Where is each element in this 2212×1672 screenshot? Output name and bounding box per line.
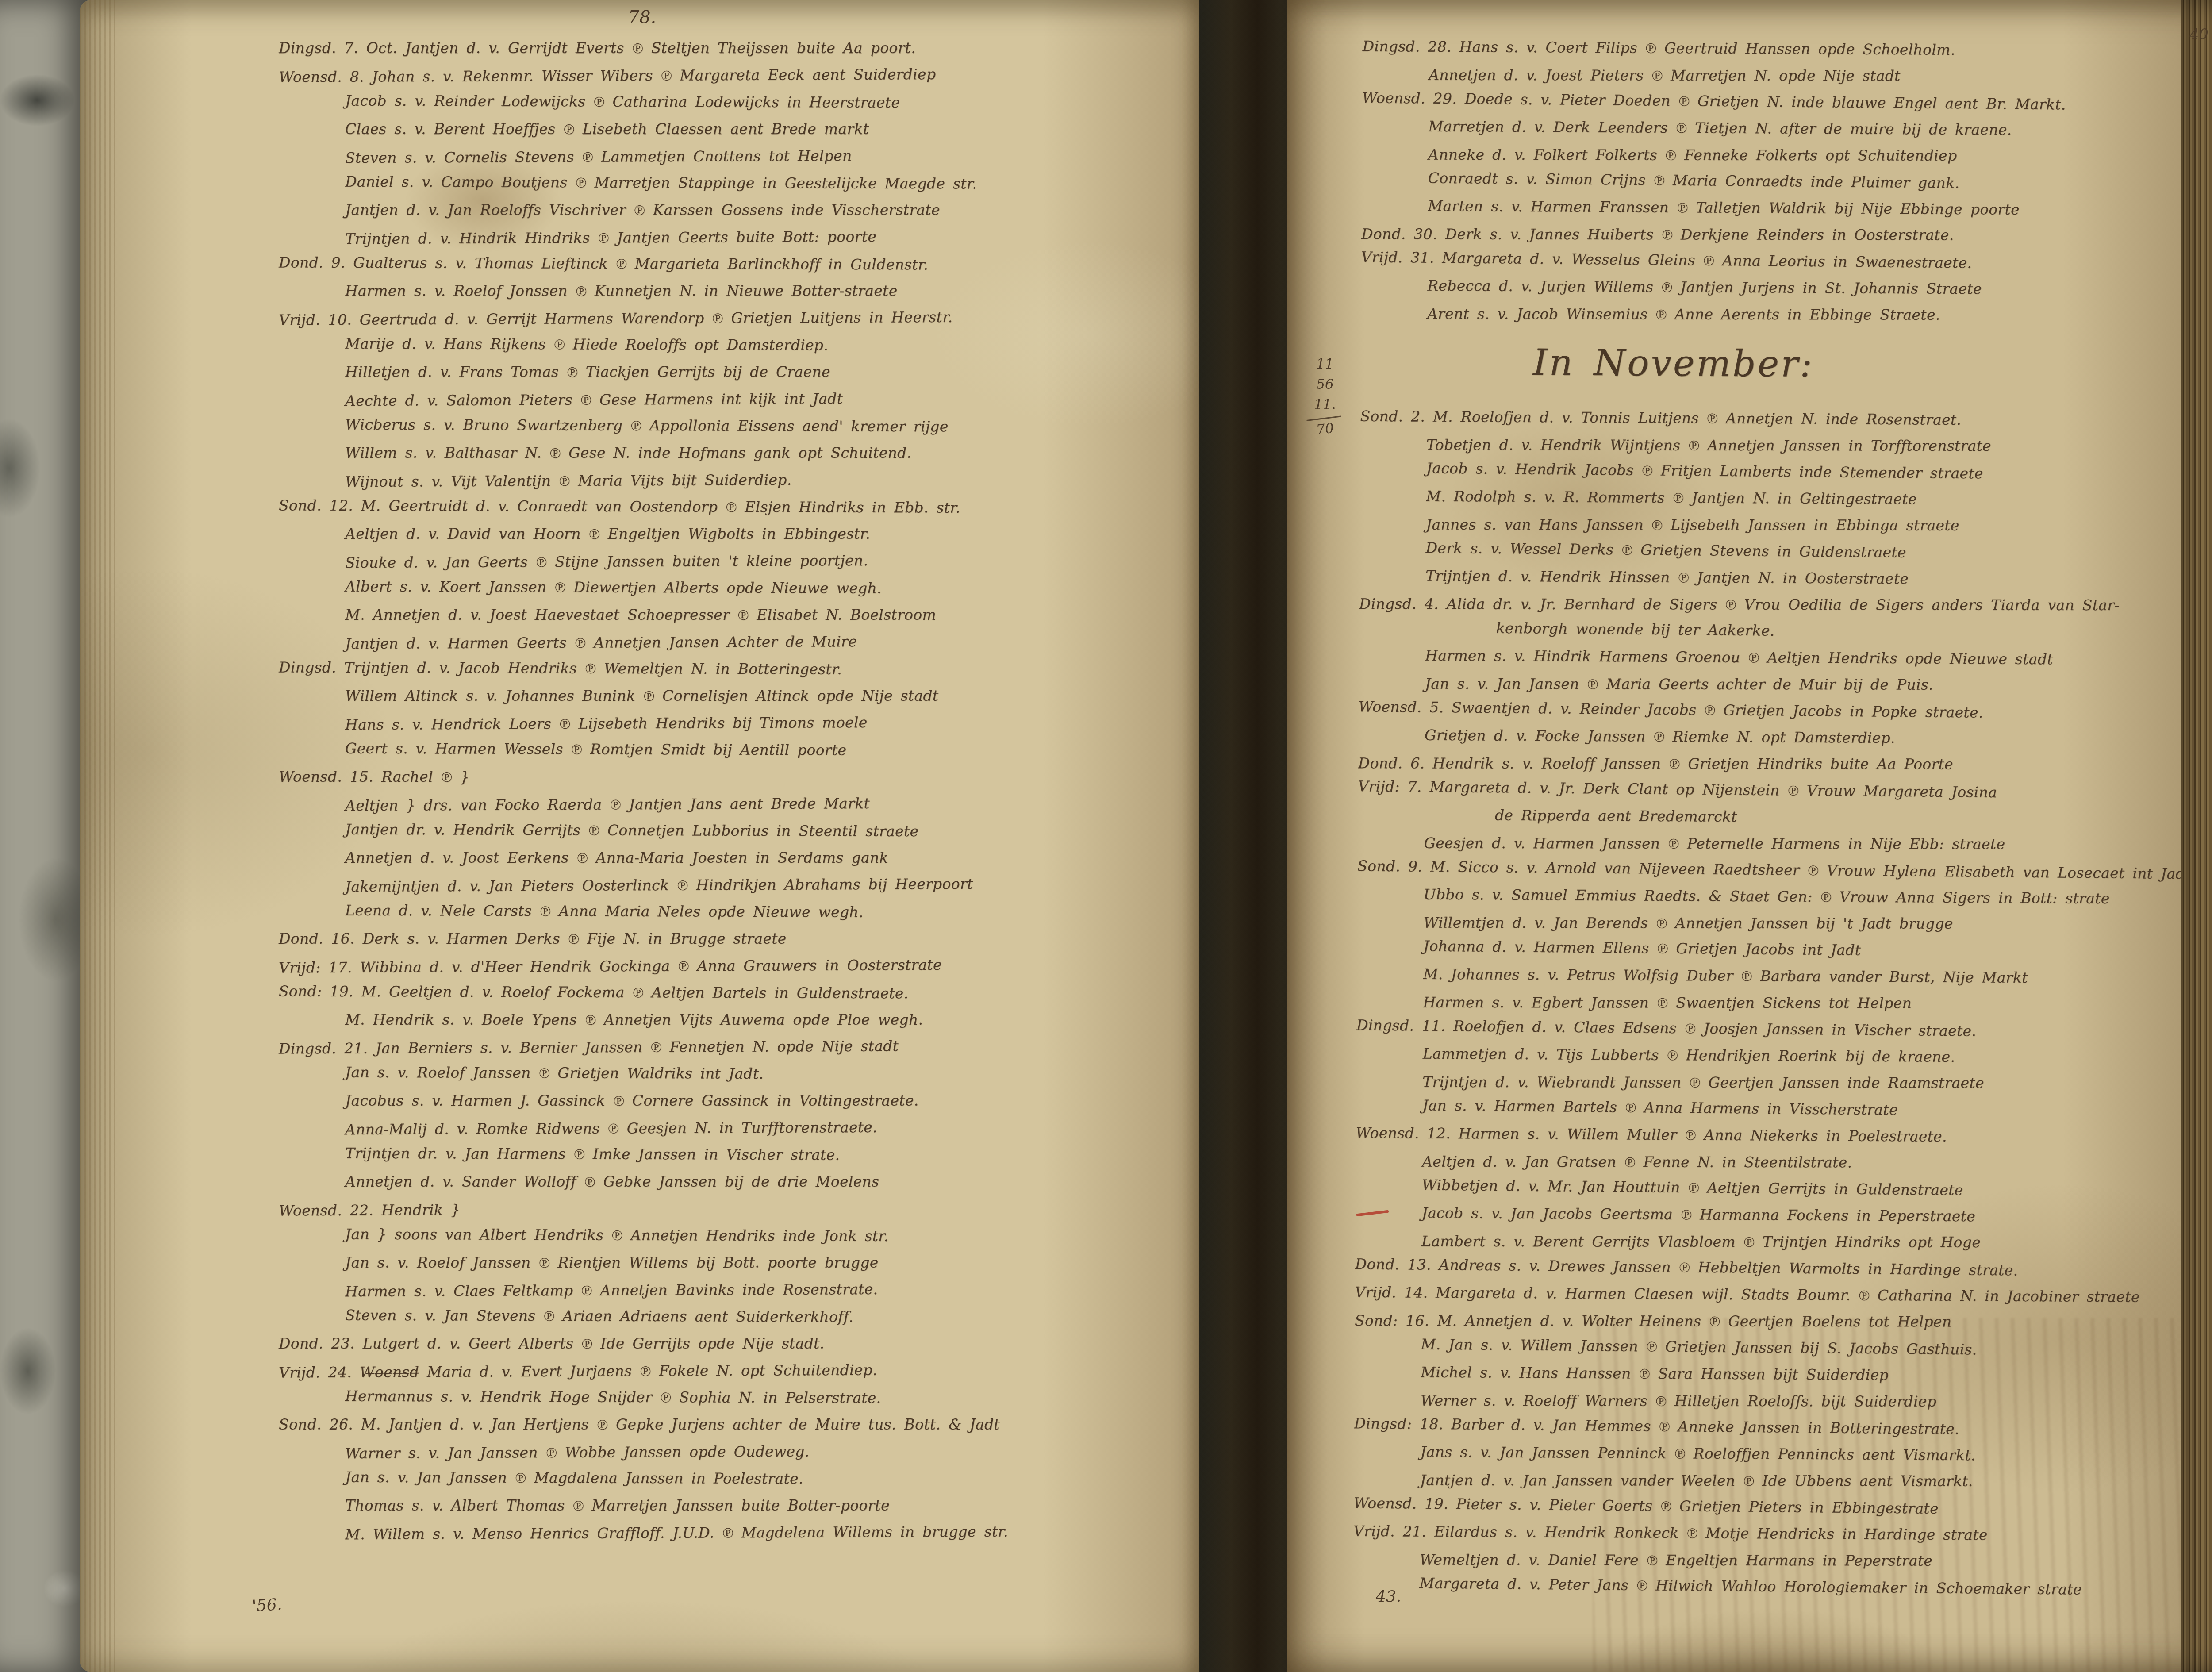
register-line: Thomas s. v. Albert Thomas ℗ Marretjen J… bbox=[345, 1492, 1190, 1519]
entry-text: Sond: 19. M. Geeltjen d. v. Roelof Focke… bbox=[279, 982, 909, 1002]
register-line: Dingsd. 7. Oct. Jantjen d. v. Gerrijdt E… bbox=[279, 35, 1190, 61]
register-line: Geesjen d. v. Harmen Janssen ℗ Peternell… bbox=[1424, 830, 2212, 858]
margin-note: 56 bbox=[1308, 374, 1342, 395]
entry-text: Marije d. v. Hans Rijkens ℗ Hiede Roelof… bbox=[345, 335, 828, 354]
register-line: Vrijd: 7. Margareta d. v. Jr. Derk Clant… bbox=[1358, 773, 2212, 808]
entry-text: Trijntjen d. v. Hindrik Hindriks ℗ Jantj… bbox=[345, 228, 876, 247]
entry-text: Harmen s. v. Egbert Janssen ℗ Swaentjen … bbox=[1423, 994, 1912, 1012]
register-line: M. Annetjen d. v. Joest Haevestaet Schoe… bbox=[345, 601, 1190, 628]
margin-note: 11 bbox=[1308, 354, 1342, 374]
entry-text: Jacobus s. v. Harmen J. Gassinck ℗ Corne… bbox=[345, 1092, 919, 1109]
margin-note: 11. bbox=[1308, 395, 1342, 415]
register-line: Harmen s. v. Egbert Janssen ℗ Swaentjen … bbox=[1423, 989, 2212, 1017]
entry-text: Harmen s. v. Claes Feltkamp ℗ Annetjen B… bbox=[345, 1280, 878, 1300]
month-heading: In November: bbox=[1533, 334, 2212, 396]
register-line: Anneke d. v. Folkert Folkerts ℗ Fenneke … bbox=[1428, 142, 2212, 169]
entry-text: Woensd. 8. Johan s. v. Rekenmr. Wisser W… bbox=[279, 65, 936, 85]
entry-text: Trijntjen d. v. Hendrik Hinssen ℗ Jantje… bbox=[1425, 567, 1909, 588]
entry-text: Leena d. v. Nele Carsts ℗ Anna Maria Nel… bbox=[345, 902, 864, 921]
register-line: Hilletjen d. v. Frans Tomas ℗ Tiackjen G… bbox=[345, 358, 1190, 385]
register-line: Harmen s. v. Roelof Jonssen ℗ Kunnetjen … bbox=[345, 277, 1190, 304]
register-line: Trijntjen dr. v. Jan Harmens ℗ Imke Jans… bbox=[345, 1140, 1190, 1170]
entry-text: Aechte d. v. Salomon Pieters ℗ Gese Harm… bbox=[345, 390, 843, 409]
register-line: Harmen s. v. Claes Feltkamp ℗ Annetjen B… bbox=[345, 1274, 1190, 1305]
entry-text: Anna-Malij d. v. Romke Ridwens ℗ Geesjen… bbox=[345, 1119, 877, 1138]
entry-text: Vrijd. 24. W̶o̶e̶n̶s̶d̶ Maria d. v. Ever… bbox=[279, 1361, 877, 1381]
entry-text: Hermannus s. v. Hendrik Hoge Snijder ℗ S… bbox=[345, 1388, 881, 1407]
book-gutter bbox=[1181, 0, 1327, 1672]
left-page-entries: Dingsd. 7. Oct. Jantjen d. v. Gerrijdt E… bbox=[80, 0, 1199, 1546]
register-line: Daniel s. v. Campo Boutjens ℗ Marretjen … bbox=[345, 168, 1190, 198]
register-line: Lambert s. v. Berent Gerrijts Vlasbloem … bbox=[1421, 1228, 2212, 1256]
entry-text: Geesjen d. v. Harmen Janssen ℗ Peternell… bbox=[1424, 834, 2005, 853]
entry-text: Jan s. v. Roelof Janssen ℗ Rientjen Will… bbox=[345, 1254, 879, 1271]
register-line: Willem Altinck s. v. Johannes Bunink ℗ C… bbox=[345, 682, 1190, 709]
right-page: 40 11 56 11. 70 Dingsd. 28. Hans s. bbox=[1287, 0, 2212, 1672]
register-line: Jan s. v. Roelof Janssen ℗ Grietjen Wald… bbox=[345, 1059, 1190, 1089]
register-line: Jacobus s. v. Harmen J. Gassinck ℗ Corne… bbox=[345, 1087, 1190, 1114]
register-line: Dingsd. 4. Alida dr. v. Jr. Bernhard de … bbox=[1359, 591, 2212, 619]
entry-text: Harmen s. v. Roelof Jonssen ℗ Kunnetjen … bbox=[345, 282, 898, 300]
entry-text: Vrijd. 10. Geertruda d. v. Gerrijt Harme… bbox=[279, 308, 952, 329]
register-line: Jan s. v. Jan Jansen ℗ Maria Geerts acht… bbox=[1425, 671, 2212, 699]
entry-text: Sond. 12. M. Geertruidt d. v. Conraedt v… bbox=[279, 496, 960, 516]
entry-text: kenborgh wonende bij ter Aakerke. bbox=[1496, 619, 1774, 639]
register-line: Annetjen d. v. Joost Eerkens ℗ Anna-Mari… bbox=[345, 844, 1190, 871]
entry-text: Dond. 6. Hendrik s. v. Roeloff Janssen ℗… bbox=[1358, 754, 1953, 773]
register-line: Dingsd. 21. Jan Berniers s. v. Bernier J… bbox=[279, 1031, 1190, 1062]
entry-text: Jan s. v. Jan Janssen ℗ Magdalena Jansse… bbox=[345, 1468, 803, 1488]
photograph-background: 78. Dingsd. 7. Oct. Jantjen d. v. Gerrij… bbox=[0, 0, 2212, 1672]
register-line: Aeltjen d. v. Jan Gratsen ℗ Fenne N. in … bbox=[1422, 1149, 2212, 1176]
entry-text: Jan s. v. Harmen Bartels ℗ Anna Harmens … bbox=[1422, 1096, 1898, 1118]
entry-text: Vrijd. 14. Margareta d. v. Harmen Claese… bbox=[1355, 1284, 2139, 1306]
entry-text: M. Rodolph s. v. R. Rommerts ℗ Jantjen N… bbox=[1426, 488, 1917, 508]
register-line: Jantjen d. v. Harmen Geerts ℗ Annetjen J… bbox=[345, 627, 1190, 657]
entry-text: Dingsd. 11. Roelofjen d. v. Claes Edsens… bbox=[1356, 1016, 1976, 1039]
register-line: Tobetjen d. v. Hendrik Wijntjens ℗ Annet… bbox=[1426, 432, 2212, 460]
entry-text: Woensd. 29. Doede s. v. Pieter Doeden ℗ … bbox=[1362, 89, 2066, 113]
water-stain-streaks bbox=[1593, 1318, 2212, 1672]
entry-text: M. Willem s. v. Menso Henrics Graffloff.… bbox=[345, 1523, 1008, 1543]
register-line: Wicberus s. v. Bruno Swartzenberg ℗ Appo… bbox=[345, 411, 1190, 441]
entry-text: Jacob s. v. Hendrik Jacobs ℗ Fritjen Lam… bbox=[1426, 459, 1983, 482]
left-page-footer-number: '56. bbox=[252, 1595, 283, 1616]
entry-text: Lambert s. v. Berent Gerrijts Vlasbloem … bbox=[1421, 1233, 1981, 1251]
register-line: Marije d. v. Hans Rijkens ℗ Hiede Roelof… bbox=[345, 330, 1190, 360]
entry-text: M. Annetjen d. v. Joest Haevestaet Schoe… bbox=[345, 606, 936, 623]
register-line: Jannes s. van Hans Janssen ℗ Lijsebeth J… bbox=[1426, 511, 2212, 539]
entry-text: Tobetjen d. v. Hendrik Wijntjens ℗ Annet… bbox=[1426, 436, 1991, 454]
register-line: Anna-Malij d. v. Romke Ridwens ℗ Geesjen… bbox=[345, 1112, 1190, 1143]
entry-text: Jannes s. van Hans Janssen ℗ Lijsebeth J… bbox=[1426, 516, 1959, 534]
register-line: Aeltjen } drs. van Focko Raerda ℗ Jantje… bbox=[345, 788, 1190, 819]
register-line: Dond. 23. Lutgert d. v. Geert Alberts ℗ … bbox=[279, 1330, 1190, 1357]
register-line: Jan } soons van Albert Hendriks ℗ Annetj… bbox=[345, 1221, 1190, 1251]
entry-text: Conraedt s. v. Simon Crijns ℗ Maria Conr… bbox=[1428, 169, 1960, 192]
entry-text: Steven s. v. Jan Stevens ℗ Ariaen Adriae… bbox=[345, 1307, 853, 1326]
register-line: Hans s. v. Hendrick Loers ℗ Lijsebeth He… bbox=[345, 707, 1190, 738]
register-line: Dond. 9. Gualterus s. v. Thomas Lieftinc… bbox=[279, 249, 1190, 279]
left-page: 78. Dingsd. 7. Oct. Jantjen d. v. Gerrij… bbox=[80, 0, 1199, 1672]
register-book: 78. Dingsd. 7. Oct. Jantjen d. v. Gerrij… bbox=[66, 0, 2212, 1672]
entry-text: Dond. 23. Lutgert d. v. Geert Alberts ℗ … bbox=[279, 1335, 824, 1352]
entry-text: Dingsd. 7. Oct. Jantjen d. v. Gerrijdt E… bbox=[279, 39, 916, 57]
entry-text: Steven s. v. Cornelis Stevens ℗ Lammetje… bbox=[345, 147, 852, 166]
entry-text: Woensd. 22. Hendrik } bbox=[279, 1201, 460, 1219]
entry-text: Dingsd. 4. Alida dr. v. Jr. Bernhard de … bbox=[1359, 595, 2120, 614]
entry-text: Daniel s. v. Campo Boutjens ℗ Marretjen … bbox=[345, 173, 977, 192]
entry-text: Jacob s. v. Jan Jacobs Geertsma ℗ Harman… bbox=[1421, 1204, 1975, 1225]
register-line: Willemtjen d. v. Jan Berends ℗ Annetjen … bbox=[1423, 910, 2212, 938]
entry-text: Jantjen d. v. Jan Roeloffs Vischriver ℗ … bbox=[345, 201, 940, 219]
register-line: Woensd. 15. Rachel ℗ } bbox=[279, 763, 1190, 790]
register-line: M. Willem s. v. Menso Henrics Graffloff.… bbox=[345, 1517, 1190, 1548]
register-line: Sond. 26. M. Jantjen d. v. Jan Hertjens … bbox=[279, 1411, 1190, 1438]
register-line: Trijntjen d. v. Hindrik Hindriks ℗ Jantj… bbox=[345, 222, 1190, 252]
register-line: Dond. 16. Derk s. v. Harmen Derks ℗ Fije… bbox=[279, 925, 1190, 952]
entry-text: Jakemijntjen d. v. Jan Pieters Oosterlin… bbox=[345, 875, 973, 895]
entry-text: Aeltjen d. v. Jan Gratsen ℗ Fenne N. in … bbox=[1422, 1153, 1852, 1171]
entry-text: Woensd. 5. Swaentjen d. v. Reinder Jacob… bbox=[1358, 698, 1983, 721]
register-line: Dingsd. Trijntjen d. v. Jacob Hendriks ℗… bbox=[279, 653, 1190, 684]
register-line: Annetjen d. v. Joest Pieters ℗ Marretjen… bbox=[1429, 62, 2212, 90]
entry-text: Willemtjen d. v. Jan Berends ℗ Annetjen … bbox=[1423, 914, 1953, 932]
entry-text: Dond. 9. Gualterus s. v. Thomas Lieftinc… bbox=[279, 254, 928, 273]
entry-text: Albert s. v. Koert Janssen ℗ Diewertjen … bbox=[345, 578, 882, 597]
margin-tally-notes: 11 56 11. 70 bbox=[1308, 354, 1342, 439]
register-line: Jantjen d. v. Jan Roeloffs Vischriver ℗ … bbox=[345, 196, 1190, 223]
register-line: Jacob s. v. Jan Jacobs Geertsma ℗ Harman… bbox=[1421, 1200, 2212, 1231]
right-page-number: 40 bbox=[2189, 26, 2208, 43]
register-line: Warner s. v. Jan Janssen ℗ Wobbe Janssen… bbox=[345, 1436, 1190, 1467]
register-line: Jakemijntjen d. v. Jan Pieters Oosterlin… bbox=[345, 869, 1190, 900]
entry-text: M. Johannes s. v. Petrus Wolfsig Duber ℗… bbox=[1423, 965, 2028, 986]
entry-text: Hans s. v. Hendrick Loers ℗ Lijsebeth He… bbox=[345, 714, 868, 733]
register-line: Siouke d. v. Jan Geerts ℗ Stijne Janssen… bbox=[345, 546, 1190, 576]
register-line: Sond: 19. M. Geeltjen d. v. Roelof Focke… bbox=[279, 977, 1190, 1007]
entry-text: Woensd. 12. Harmen s. v. Willem Muller ℗… bbox=[1356, 1124, 1947, 1145]
register-line: Geert s. v. Harmen Wessels ℗ Romtjen Smi… bbox=[345, 735, 1190, 765]
entry-text: Aeltjen } drs. van Focko Raerda ℗ Jantje… bbox=[345, 795, 870, 814]
entry-text: Sond. 26. M. Jantjen d. v. Jan Hertjens … bbox=[279, 1416, 1000, 1433]
entry-text: Ubbo s. v. Samuel Emmius Raedts. & Staet… bbox=[1424, 886, 2110, 907]
entry-text: Jantjen d. v. Harmen Geerts ℗ Annetjen J… bbox=[345, 633, 857, 652]
register-line: Woensd. 8. Johan s. v. Rekenmr. Wisser W… bbox=[279, 60, 1190, 91]
entry-text: Annetjen d. v. Joest Pieters ℗ Marretjen… bbox=[1429, 66, 1900, 85]
entry-text: Sond. 2. M. Roelofjen d. v. Tonnis Luitj… bbox=[1360, 407, 1961, 428]
entry-text: Aeltjen d. v. David van Hoorn ℗ Engeltje… bbox=[345, 525, 870, 542]
register-line: Woensd. 22. Hendrik } bbox=[279, 1193, 1190, 1224]
register-line: Albert s. v. Koert Janssen ℗ Diewertjen … bbox=[345, 573, 1190, 603]
register-line: Claes s. v. Berent Hoeffjes ℗ Lisebeth C… bbox=[345, 115, 1190, 142]
register-line: M. Hendrik s. v. Boele Ypens ℗ Annetjen … bbox=[345, 1006, 1190, 1033]
entry-text: Dond. 13. Andreas s. v. Drewes Janssen ℗… bbox=[1355, 1255, 2018, 1279]
entry-text: Rebecca d. v. Jurjen Willems ℗ Jantjen J… bbox=[1427, 277, 1982, 298]
register-line: Dingsd. 28. Hans s. v. Coert Filips ℗ Ge… bbox=[1362, 33, 2212, 65]
entry-text: Wicberus s. v. Bruno Swartzenberg ℗ Appo… bbox=[345, 416, 949, 435]
entry-text: Arent s. v. Jacob Winsemius ℗ Anne Aeren… bbox=[1427, 305, 1940, 323]
entry-text: Woensd. 15. Rachel ℗ } bbox=[279, 768, 469, 785]
entry-text: Annetjen d. v. Joost Eerkens ℗ Anna-Mari… bbox=[345, 849, 888, 866]
entry-text: Harmen s. v. Hindrik Harmens Groenou ℗ A… bbox=[1425, 647, 2053, 668]
register-line: Sond. 2. M. Roelofjen d. v. Tonnis Luitj… bbox=[1360, 403, 2212, 435]
entry-text: Wibbetjen d. v. Mr. Jan Houttuin ℗ Aeltj… bbox=[1422, 1176, 1963, 1199]
entry-text: Jan s. v. Jan Jansen ℗ Maria Geerts acht… bbox=[1425, 675, 1933, 693]
entry-text: Marretjen d. v. Derk Leenders ℗ Tietjen … bbox=[1428, 118, 2012, 138]
entry-text: de Ripperda aent Bredemarckt bbox=[1495, 807, 1737, 825]
register-line: Vrijd: 17. Wibbina d. v. d'Heer Hendrik … bbox=[279, 950, 1190, 981]
entry-text: Geert s. v. Harmen Wessels ℗ Romtjen Smi… bbox=[345, 740, 846, 759]
entry-text: Marten s. v. Harmen Franssen ℗ Talletjen… bbox=[1428, 197, 2020, 218]
register-line: Jantjen dr. v. Hendrik Gerrijts ℗ Connet… bbox=[345, 816, 1190, 846]
register-line: Hermannus s. v. Hendrik Hoge Snijder ℗ S… bbox=[345, 1383, 1190, 1413]
entry-text: Grietjen d. v. Focke Janssen ℗ Riemke N.… bbox=[1425, 726, 1895, 746]
entry-text: Jan s. v. Roelof Janssen ℗ Grietjen Wald… bbox=[345, 1064, 764, 1082]
entry-text: Dond. 16. Derk s. v. Harmen Derks ℗ Fije… bbox=[279, 930, 787, 947]
entry-text: Vrijd: 17. Wibbina d. v. d'Heer Hendrik … bbox=[279, 956, 942, 976]
register-line: Sond. 12. M. Geertruidt d. v. Conraedt v… bbox=[279, 492, 1190, 522]
entry-text: Dingsd. Trijntjen d. v. Jacob Hendriks ℗… bbox=[279, 658, 842, 677]
entry-text: Sond. 9. M. Sicco s. v. Arnold van Nijev… bbox=[1357, 857, 2191, 882]
register-line: Wijnout s. v. Vijt Valentijn ℗ Maria Vij… bbox=[345, 465, 1190, 495]
register-line: Arent s. v. Jacob Winsemius ℗ Anne Aeren… bbox=[1427, 301, 2212, 329]
entry-text: Jacob s. v. Reinder Lodewijcks ℗ Cathari… bbox=[345, 92, 900, 111]
register-line: Jan s. v. Jan Janssen ℗ Magdalena Jansse… bbox=[345, 1464, 1190, 1494]
entry-text: Annetjen d. v. Sander Wolloff ℗ Gebke Ja… bbox=[345, 1173, 879, 1190]
register-line: Steven s. v. Cornelis Stevens ℗ Lammetje… bbox=[345, 141, 1190, 171]
left-page-number: 78. bbox=[628, 7, 657, 27]
entry-text: Trijntjen d. v. Wiebrandt Janssen ℗ Geer… bbox=[1422, 1073, 1984, 1092]
entry-text: Dingsd. 28. Hans s. v. Coert Filips ℗ Ge… bbox=[1362, 38, 1955, 58]
entry-text: Hilletjen d. v. Frans Tomas ℗ Tiackjen G… bbox=[345, 363, 830, 381]
entry-text: Willem Altinck s. v. Johannes Bunink ℗ C… bbox=[345, 687, 938, 704]
register-line: Trijntjen d. v. Wiebrandt Janssen ℗ Geer… bbox=[1422, 1069, 2212, 1097]
entry-text: Thomas s. v. Albert Thomas ℗ Marretjen J… bbox=[345, 1497, 890, 1514]
register-line: Aeltjen d. v. David van Hoorn ℗ Engeltje… bbox=[345, 520, 1190, 547]
register-line: Annetjen d. v. Sander Wolloff ℗ Gebke Ja… bbox=[345, 1168, 1190, 1195]
entry-text: Siouke d. v. Jan Geerts ℗ Stijne Janssen… bbox=[345, 552, 868, 571]
entry-text: Trijntjen dr. v. Jan Harmens ℗ Imke Jans… bbox=[345, 1145, 840, 1164]
entry-text: Anneke d. v. Folkert Folkerts ℗ Fenneke … bbox=[1428, 146, 1957, 164]
register-line: Jacob s. v. Reinder Lodewijcks ℗ Cathari… bbox=[345, 87, 1190, 117]
entry-text: Jan } soons van Albert Hendriks ℗ Annetj… bbox=[345, 1226, 889, 1245]
page-stack-edge-right bbox=[2181, 0, 2212, 1672]
register-line: Steven s. v. Jan Stevens ℗ Ariaen Adriae… bbox=[345, 1302, 1190, 1332]
october-entries: Dingsd. 28. Hans s. v. Coert Filips ℗ Ge… bbox=[1287, 0, 2212, 331]
entry-text: Warner s. v. Jan Janssen ℗ Wobbe Janssen… bbox=[345, 1443, 810, 1462]
entry-text: Derk s. v. Wessel Derks ℗ Grietjen Steve… bbox=[1426, 539, 1906, 561]
entry-text: Jantjen dr. v. Hendrik Gerrijts ℗ Connet… bbox=[345, 821, 918, 840]
entry-text: Vrijd: 7. Margareta d. v. Jr. Derk Clant… bbox=[1358, 777, 1997, 801]
register-line: Jan s. v. Roelof Janssen ℗ Rientjen Will… bbox=[345, 1249, 1190, 1276]
right-page-footer-number: 43. bbox=[1376, 1587, 1401, 1606]
entry-text: Vrijd. 31. Margareta d. v. Wesselus Glei… bbox=[1361, 248, 1972, 271]
entry-text: Willem s. v. Balthasar N. ℗ Gese N. inde… bbox=[345, 444, 911, 461]
entry-text: M. Hendrik s. v. Boele Ypens ℗ Annetjen … bbox=[345, 1011, 923, 1028]
entry-text: Lammetjen d. v. Tijs Lubberts ℗ Hendrikj… bbox=[1423, 1045, 1955, 1065]
margin-note: 70 bbox=[1306, 415, 1343, 441]
entry-text: Dond. 30. Derk s. v. Jannes Huiberts ℗ D… bbox=[1361, 225, 1954, 243]
entry-text: Claes s. v. Berent Hoeffjes ℗ Lisebeth C… bbox=[345, 120, 869, 138]
register-line: Vrijd. 24. W̶o̶e̶n̶s̶d̶ Maria d. v. Ever… bbox=[279, 1355, 1190, 1386]
register-line: Leena d. v. Nele Carsts ℗ Anna Maria Nel… bbox=[345, 897, 1190, 927]
register-line: Aechte d. v. Salomon Pieters ℗ Gese Harm… bbox=[345, 384, 1190, 414]
entry-text: Wijnout s. v. Vijt Valentijn ℗ Maria Vij… bbox=[345, 471, 792, 490]
register-line: Vrijd. 10. Geertruda d. v. Gerrijt Harme… bbox=[279, 303, 1190, 334]
entry-text: Johanna d. v. Harmen Ellens ℗ Grietjen J… bbox=[1423, 937, 1861, 958]
entry-text: Dingsd. 21. Jan Berniers s. v. Bernier J… bbox=[279, 1037, 899, 1057]
register-line: Willem s. v. Balthasar N. ℗ Gese N. inde… bbox=[345, 439, 1190, 466]
